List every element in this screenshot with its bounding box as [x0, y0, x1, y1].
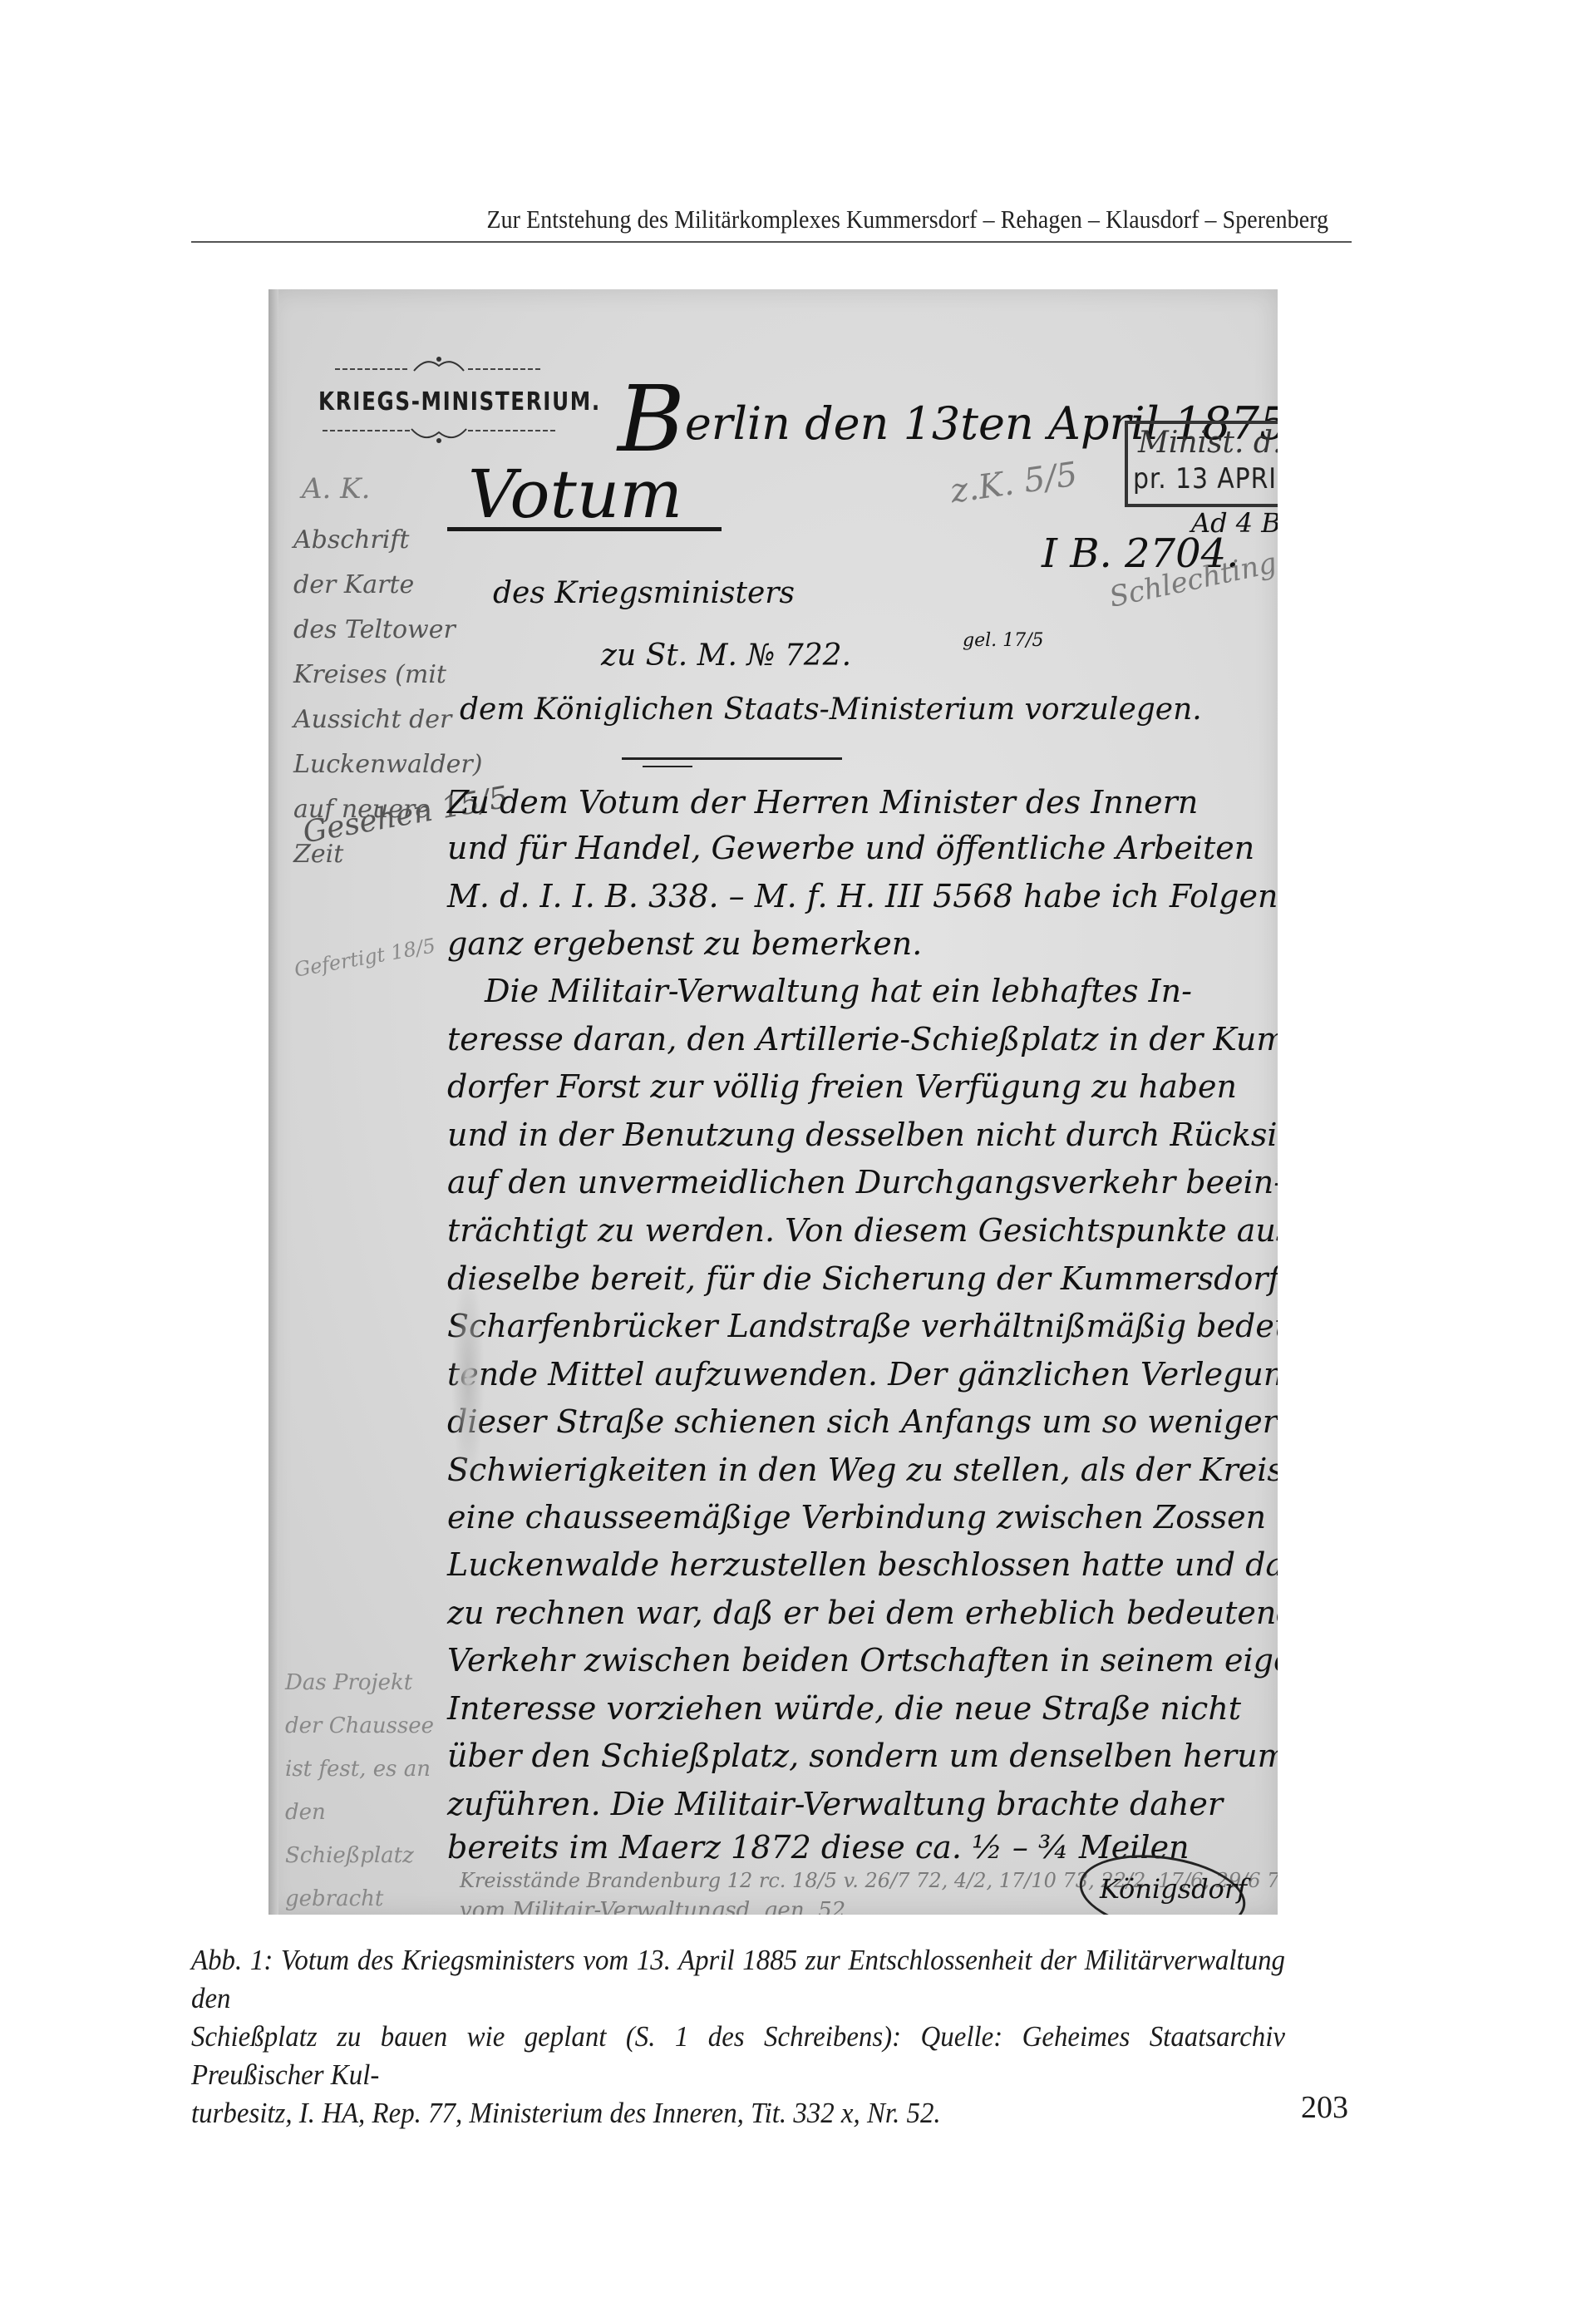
body-line: eine chausseemäßige Verbindung zwischen …: [447, 1499, 1278, 1536]
body-line: teresse daran, den Artillerie-Schießplat…: [447, 1021, 1278, 1057]
title-underline: [447, 527, 722, 531]
header-line-1: des Kriegsministers: [493, 576, 795, 610]
running-head: Zur Entstehung des Militärkomplexes Kumm…: [191, 205, 1352, 243]
body-line: ganz ergebenst zu bemerken.: [447, 925, 922, 962]
body-line: Verkehr zwischen beiden Ortschaften in s…: [447, 1642, 1278, 1679]
body-line: dieser Straße schienen sich Anfangs um s…: [447, 1403, 1278, 1440]
separator-rule-short: [643, 766, 692, 767]
body-line: und in der Benutzung desselben nicht dur…: [447, 1117, 1278, 1153]
body-line: zuführen. Die Militair-Verwaltung bracht…: [447, 1786, 1223, 1822]
body-line: tende Mittel aufzuwenden. Der gänzlichen…: [447, 1356, 1278, 1393]
margin-note-gefertigt: Gefertigt 18/5: [293, 934, 437, 981]
body-line: dieselbe bereit, für die Sicherung der K…: [447, 1260, 1278, 1297]
footer-annotation-2: vom Militair-Verwaltungsd. gen. 52.: [460, 1898, 852, 1915]
body-line: Schwierigkeiten in den Weg zu stellen, a…: [447, 1452, 1278, 1488]
document-title: Votum: [468, 456, 682, 533]
body-line: bereits im Maerz 1872 diese ca. ½ – ¾ Me…: [447, 1829, 1190, 1866]
stamp-date: pr. 13 APRIL 75: [1133, 462, 1278, 495]
body-line: M. d. I. I. B. 338. – M. f. H. III 5568 …: [447, 878, 1278, 915]
archival-document-facsimile: KRIEGS-MINISTERIUM. Berlin den 13ten Apr…: [268, 289, 1278, 1915]
annotation-gel: gel. 17/5: [963, 630, 1044, 651]
body-line: auf den unvermeidlichen Durchgangsverkeh…: [447, 1164, 1278, 1200]
caption-line: Abb. 1: Votum des Kriegsministers vom 13…: [191, 1941, 1285, 2018]
body-line: zu rechnen war, daß er bei dem erheblich…: [447, 1595, 1278, 1631]
body-line: dorfer Forst zur völlig freien Verfügung…: [447, 1068, 1237, 1105]
body-line: Luckenwalde herzustellen beschlossen hat…: [447, 1546, 1278, 1583]
annotation-top-left: A. K.: [302, 472, 370, 505]
page-number: 203: [1301, 2089, 1348, 2126]
body-line: über den Schießplatz, sondern um denselb…: [447, 1738, 1278, 1774]
body-line: Zu dem Votum der Herren Minister des Inn…: [447, 784, 1198, 821]
signature: Königsdorf: [1100, 1873, 1247, 1905]
stamp-ministry: Minist. d. Innern: [1138, 426, 1278, 460]
separator-rule: [622, 757, 842, 760]
caption-line: turbesitz, I. HA, Rep. 77, Ministerium d…: [191, 2094, 1285, 2132]
figure-caption: Abb. 1: Votum des Kriegsministers vom 13…: [191, 1941, 1285, 2132]
receipt-stamp: Minist. d. Innern pr. 13 APRIL 75: [1125, 421, 1278, 507]
ornament-top-icon: [327, 354, 551, 376]
ornament-bottom-icon: [318, 424, 559, 446]
body-line: trächtigt zu werden. Von diesem Gesichts…: [447, 1212, 1278, 1249]
body-line: Scharfenbrücker Landstraße verhältnißmäß…: [447, 1308, 1278, 1344]
body-line: Die Militair-Verwaltung hat ein lebhafte…: [485, 973, 1192, 1009]
body-line: und für Handel, Gewerbe und öffentliche …: [447, 830, 1254, 866]
margin-note-projekt: Das Projekt der Chaussee ist fest, es an…: [285, 1661, 439, 1915]
header-line-2: zu St. M. № 722.: [601, 638, 851, 673]
letterhead: KRIEGS-MINISTERIUM.: [318, 387, 601, 417]
body-line: Interesse vorziehen würde, die neue Stra…: [447, 1690, 1241, 1727]
running-head-text: Zur Entstehung des Militärkomplexes Kumm…: [486, 205, 1328, 234]
header-line-3: dem Königlichen Staats-Ministerium vorzu…: [460, 693, 1202, 727]
caption-line: Schießplatz zu bauen wie geplant (S. 1 d…: [191, 2018, 1285, 2094]
